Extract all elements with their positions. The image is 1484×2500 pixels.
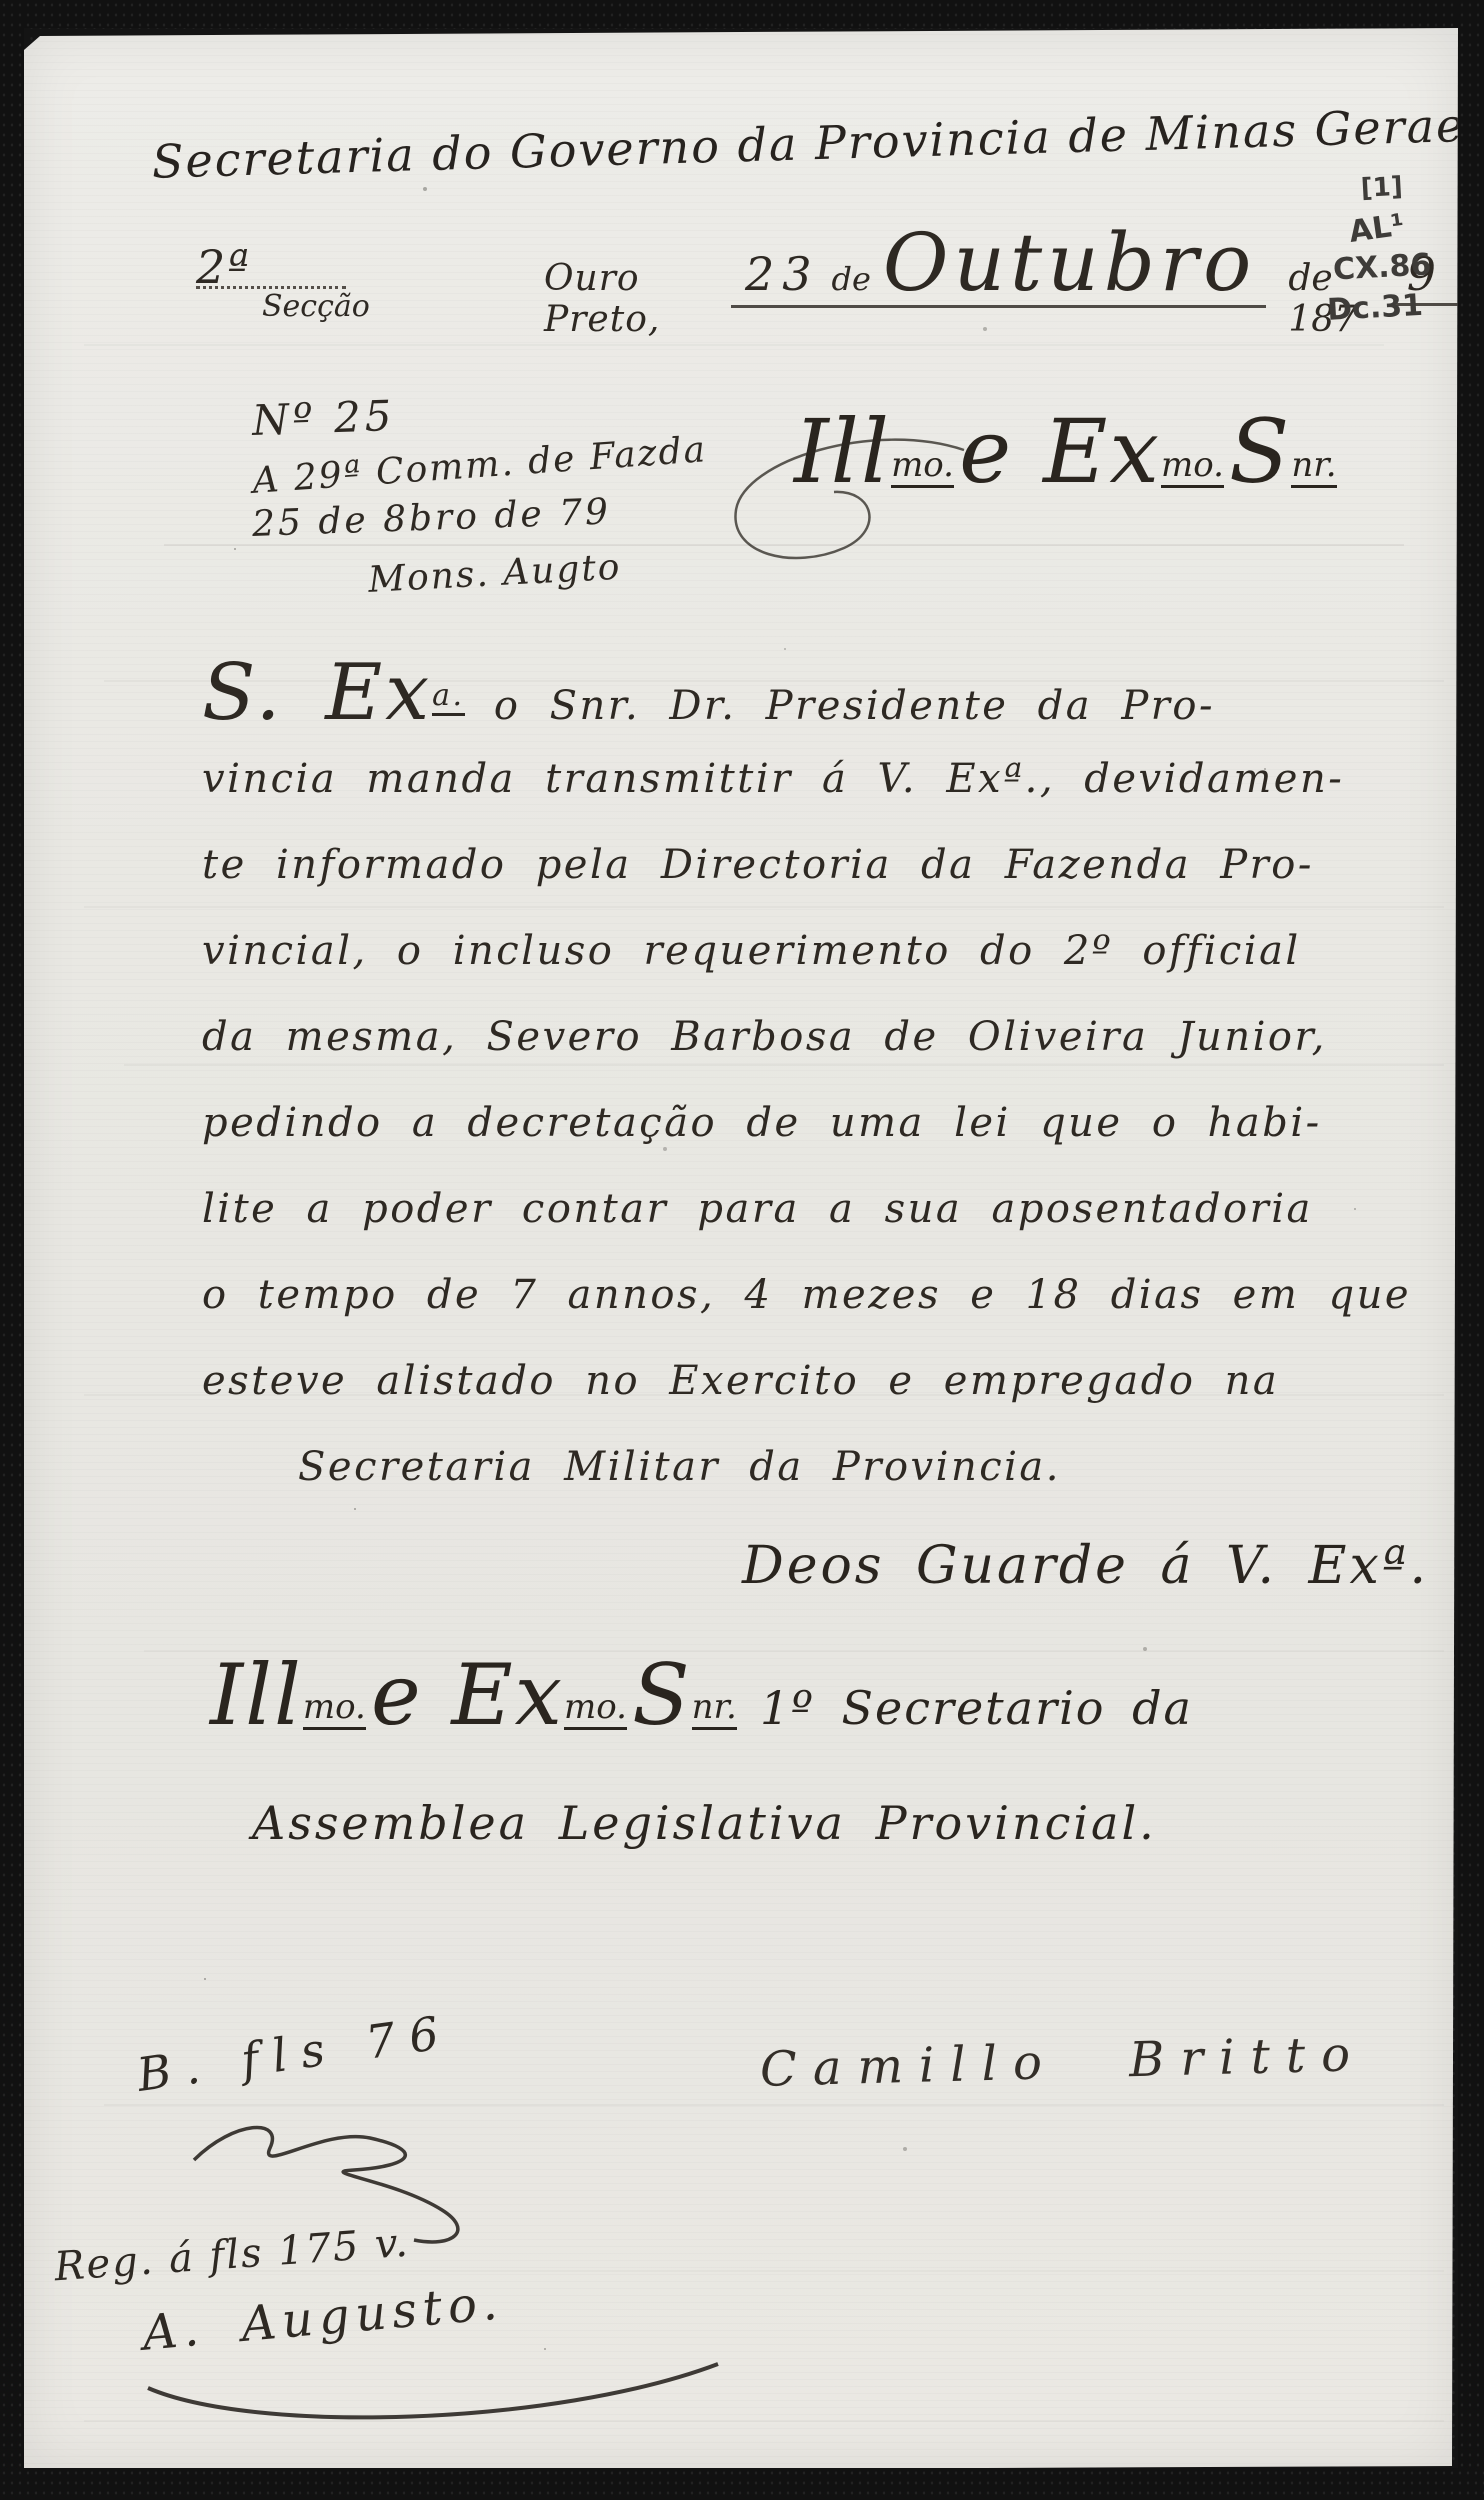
section-number: 2ª <box>196 240 251 294</box>
body-line: Secretaria Militar da Provincia. <box>298 1424 1472 1510</box>
day-number: 23 <box>745 247 820 301</box>
letter-paper: Secretaria do Governo da Provincia de Mi… <box>24 28 1458 2472</box>
signature: Camillo Britto <box>759 2026 1366 2098</box>
address-recipient-title: 1º Secretario da <box>760 1681 1193 1735</box>
registrar-underline-swash <box>134 2348 734 2438</box>
body-line: lite a poder contar para a sua aposentad… <box>202 1166 1472 1252</box>
address-line-1: Illmo. e Exmo. Snr. 1º Secretario da <box>210 1646 1193 1744</box>
archival-mark: Dc.31 <box>1326 285 1434 331</box>
body-line: pedindo a decretação de uma lei que o ha… <box>202 1080 1472 1166</box>
body-line: esteve alistado no Exercito e empregado … <box>202 1338 1472 1424</box>
archival-mark: CX.86 <box>1332 245 1432 290</box>
folio-note: B. fls 76 <box>134 2004 456 2102</box>
dateline: Ouro Preto, 23 de Outubro de 187 9 <box>544 228 1458 340</box>
honorific-sup: mo. <box>891 445 954 488</box>
paper-speckles <box>24 28 26 30</box>
margin-note-rubric: Mons. Augto <box>367 542 708 601</box>
scan-artifact-line <box>164 544 1404 546</box>
body-line-text: o Snr. Dr. Presidente da Pro- <box>494 683 1215 729</box>
honorific-sup: mo. <box>1161 445 1224 488</box>
honorific-sup: nr. <box>1291 445 1336 488</box>
registrar-signature: A. Augusto. <box>140 2274 505 2361</box>
scan-artifact-line <box>104 2104 1444 2106</box>
body-lead-sexa: S. Ex <box>202 648 432 738</box>
section-block: 2ª Secção <box>196 240 370 324</box>
archival-marks: [1] AL¹ CX.86 Dc.31 <box>1326 165 1435 330</box>
date-de: de <box>831 260 870 298</box>
body-line: S. Exa. o Snr. Dr. Presidente da Pro- <box>202 650 1472 736</box>
honorific-snr: S <box>632 1646 692 1744</box>
body-line: da mesma, Severo Barbosa de Oliveira Jun… <box>202 994 1472 1080</box>
honorific-sup: nr. <box>692 1687 737 1730</box>
scan-border-right <box>1458 0 1484 2500</box>
body-line: vincia manda transmittir á V. Exª., devi… <box>202 736 1472 822</box>
body-line: te informado pela Directoria da Fazenda … <box>202 822 1472 908</box>
address-line-2: Assemblea Legislativa Provincial. <box>252 1796 1157 1850</box>
valediction: Deos Guarde á V. Exª. <box>742 1536 1429 1596</box>
honorific-sup: mo. <box>303 1687 366 1730</box>
honorific-illmo: Ill <box>794 400 891 503</box>
letterhead-title: Secretaria do Governo da Provincia de Mi… <box>151 97 1484 188</box>
scan-artifact-line <box>84 1394 1444 1396</box>
scan-artifact-line <box>84 344 1384 346</box>
honorific-sup: mo. <box>564 1687 627 1730</box>
scan-artifact-line <box>144 1650 1444 1652</box>
place-name: Ouro Preto, <box>544 258 725 340</box>
body-paragraph: S. Exa. o Snr. Dr. Presidente da Pro- vi… <box>202 650 1472 1510</box>
body-line: o tempo de 7 annos, 4 mezes e 18 dias em… <box>202 1252 1472 1338</box>
margin-notes: Nº 25 A 29ª Comm. de Fazda 25 de 8bro de… <box>252 388 707 592</box>
honorific-exmo: e Ex <box>371 1646 564 1744</box>
salutation: Illmo. e Exmo. Snr. <box>794 400 1337 503</box>
body-lead-sup: a. <box>432 678 464 716</box>
honorific-snr: S <box>1229 400 1291 503</box>
scan-artifact-line <box>84 906 1444 908</box>
scan-artifact-line <box>84 2420 1444 2422</box>
section-label: Secção <box>262 289 370 324</box>
registry-note: Reg. á fls 175 v. <box>53 2220 411 2291</box>
scan-artifact-line <box>124 1064 1444 1066</box>
scanned-document-page: Secretaria do Governo da Provincia de Mi… <box>0 0 1484 2500</box>
body-line: vincial, o incluso requerimento do 2º of… <box>202 908 1472 994</box>
scan-border-left <box>0 0 24 2500</box>
scan-artifact-line <box>64 2270 1444 2272</box>
honorific-exmo: e Ex <box>959 400 1161 503</box>
scan-artifact-line <box>104 680 1444 682</box>
scan-border-bottom <box>0 2468 1484 2500</box>
scan-border-top <box>0 0 1484 28</box>
date-underlined-group: 23 de Outubro <box>731 228 1266 308</box>
month-name: Outubro <box>883 228 1256 298</box>
honorific-illmo: Ill <box>210 1646 303 1744</box>
